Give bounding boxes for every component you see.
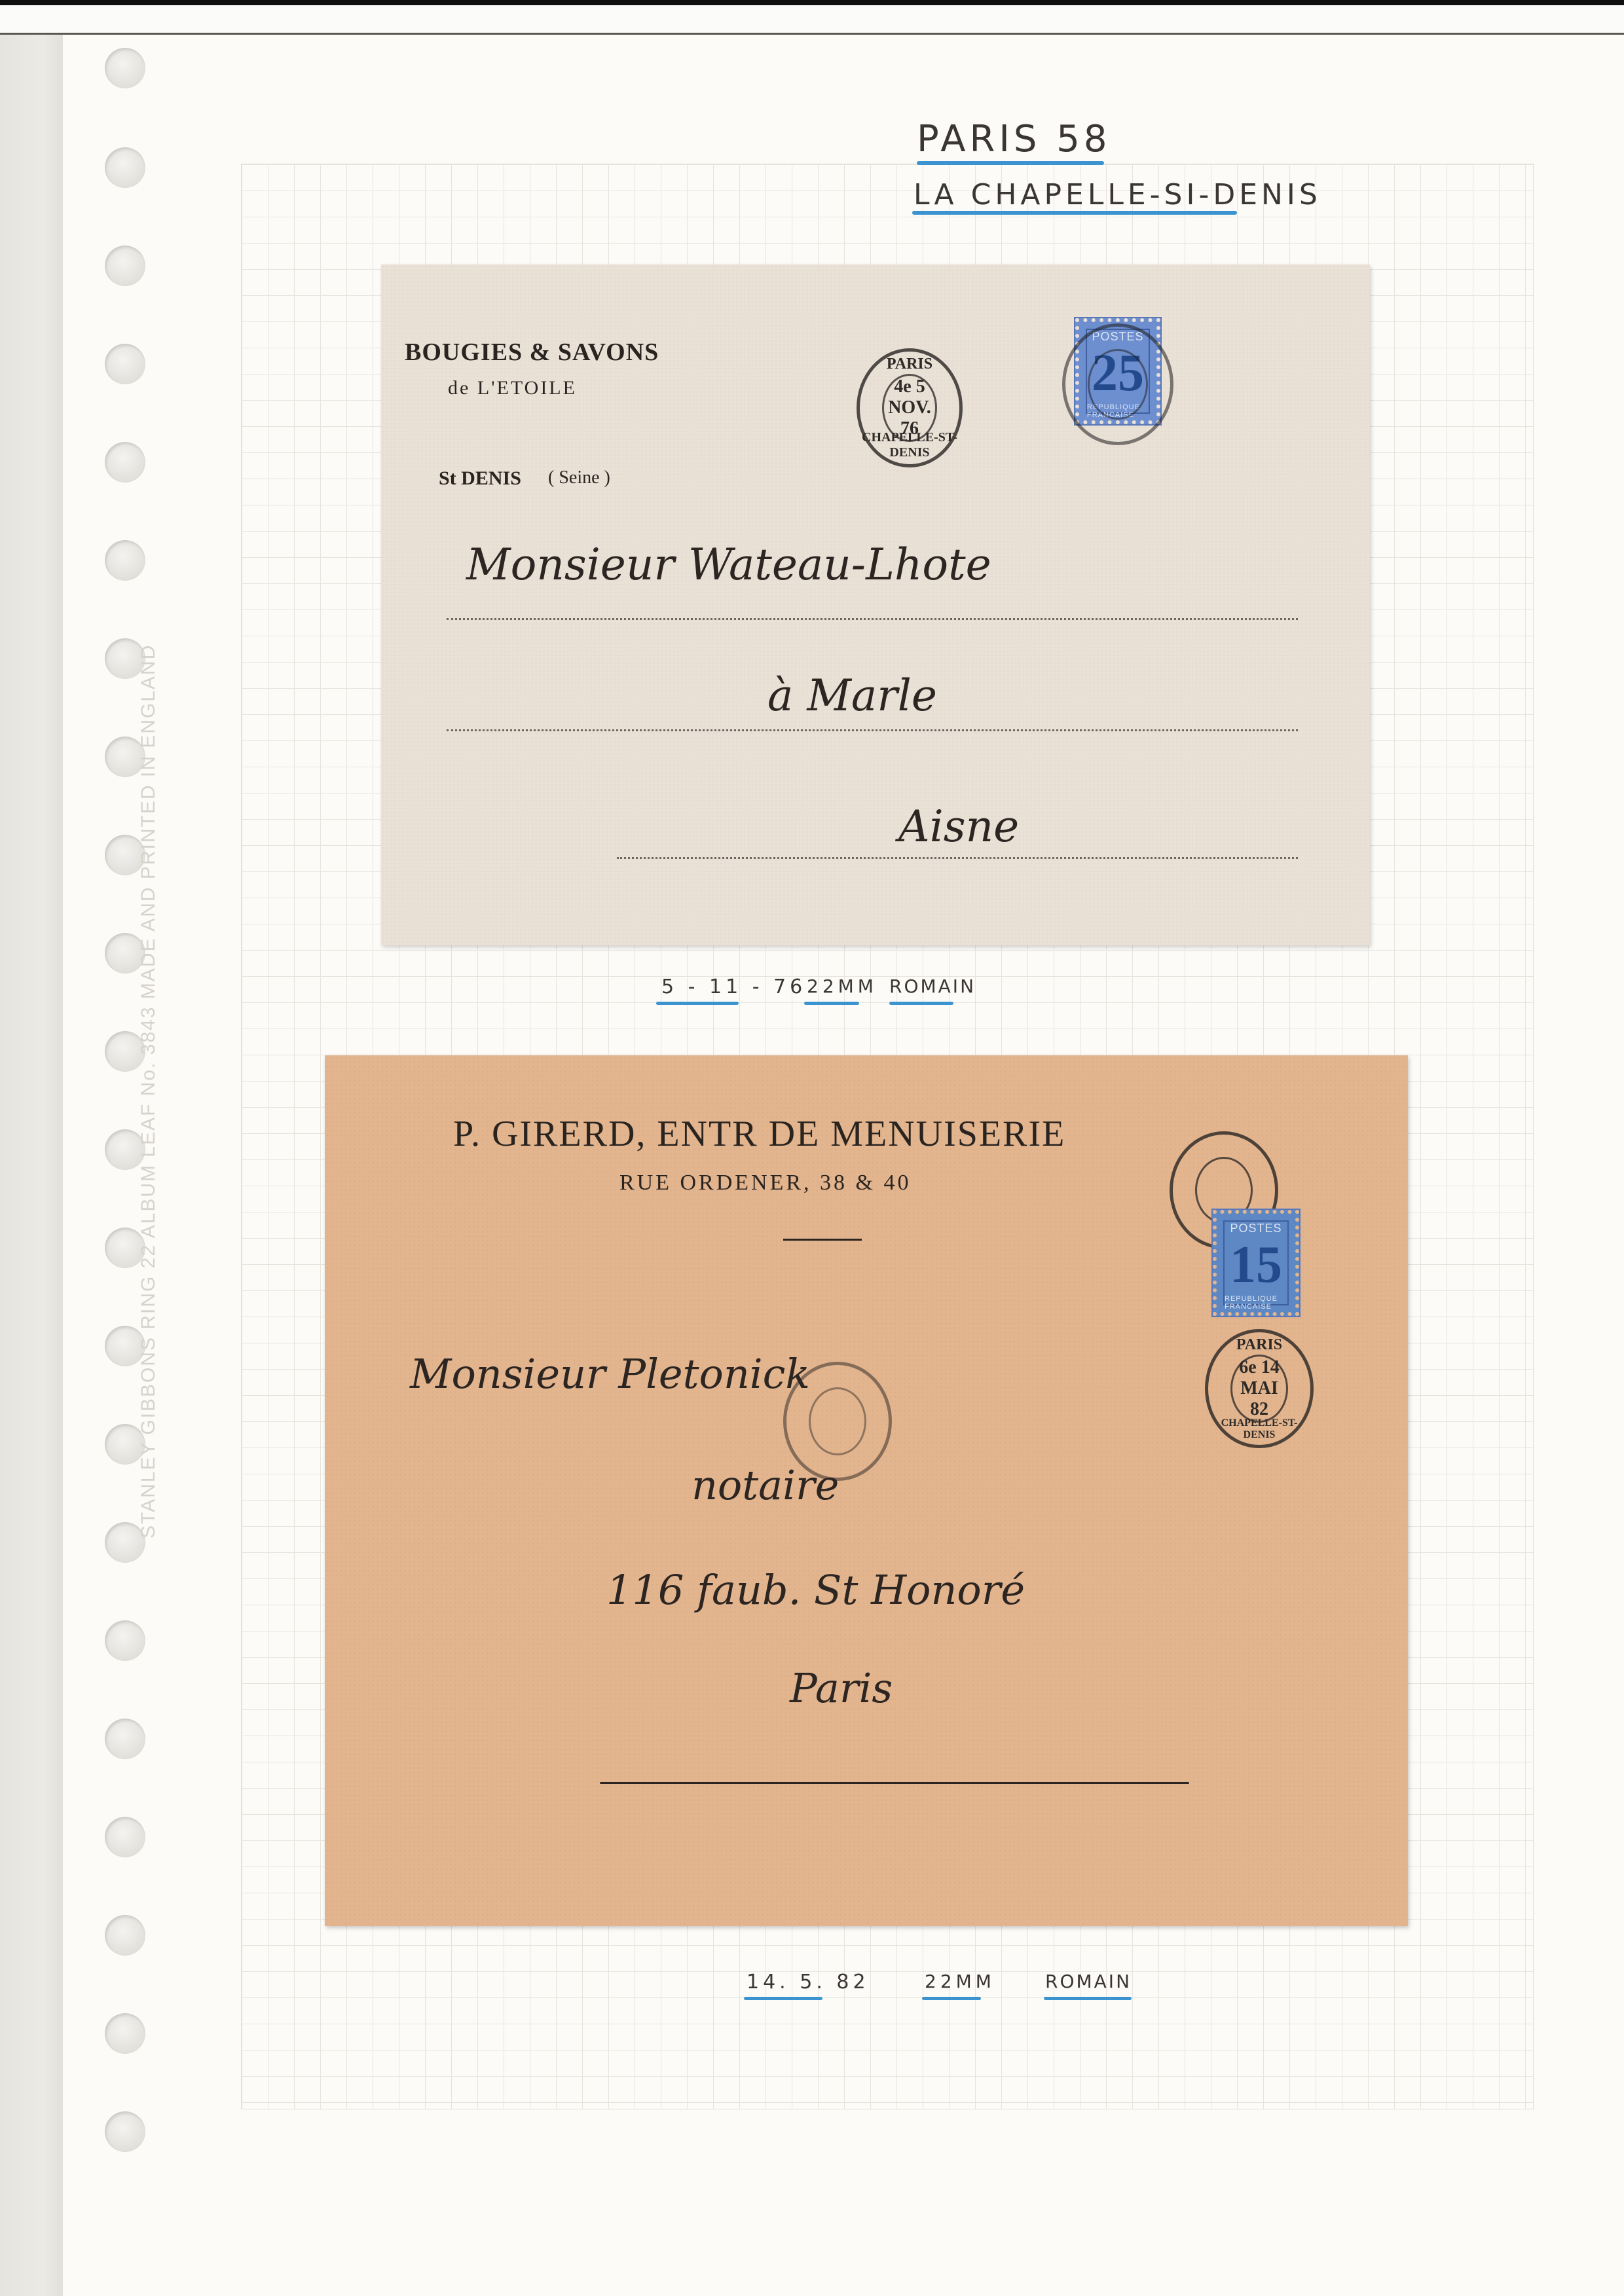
punch-hole	[105, 344, 145, 384]
scanner-strip	[0, 5, 1624, 35]
letterhead-line1: P. GIRERD, ENTR DE MENUISERIE	[453, 1113, 1065, 1155]
caption-underline	[889, 1002, 953, 1005]
scan-edge	[0, 0, 1624, 5]
caption-type: ROMAIN	[889, 975, 976, 997]
address-line-2: à Marle	[767, 670, 937, 721]
address-line-1: Monsieur Wateau-Lhote	[466, 539, 991, 590]
address-line-3: 116 faub. St Honoré	[606, 1566, 1025, 1614]
address-rule	[447, 618, 1298, 620]
postmark-cds: PARIS 6e 14MAI82 CHAPELLE-ST-DENIS	[1205, 1329, 1314, 1448]
caption-size: 22MM	[925, 1971, 995, 1992]
caption-underline	[804, 1002, 859, 1005]
page-subtitle: LA CHAPELLE-SI-DENIS	[913, 178, 1321, 211]
caption-date: 14. 5. 82	[747, 1971, 870, 1994]
binder-margin	[0, 35, 63, 2296]
caption-type: ROMAIN	[1045, 1971, 1132, 1992]
cover-2: P. GIRERD, ENTR DE MENUISERIE RUE ORDENE…	[325, 1055, 1408, 1926]
letterhead-line2: de L'ETOILE	[448, 377, 577, 399]
letterhead-dept: ( Seine )	[548, 467, 610, 488]
caption-size: 22MM	[807, 975, 877, 997]
punch-hole	[105, 147, 145, 188]
flourish-line	[600, 1782, 1189, 1784]
punch-hole	[105, 246, 145, 286]
address-rule	[447, 729, 1298, 731]
punch-hole	[105, 442, 145, 483]
postage-stamp: POSTES 15 REPUBLIQUE FRANCAISE	[1213, 1210, 1299, 1316]
address-rule	[617, 857, 1298, 859]
page-title: PARIS 58	[917, 118, 1111, 160]
punch-hole	[105, 2013, 145, 2054]
cover-1: BOUGIES & SAVONS de L'ETOILE St DENIS ( …	[381, 264, 1370, 945]
punch-hole	[105, 1817, 145, 1857]
leaf-imprint: STANLEY GIBBONS RING 22 ALBUM LEAF No. 3…	[138, 644, 160, 1539]
address-line-4: Paris	[790, 1664, 893, 1712]
letterhead-town: St DENIS	[439, 467, 521, 490]
ornament-rule	[783, 1239, 862, 1241]
address-line-1: Monsieur Pletonick	[410, 1350, 810, 1398]
punch-hole	[105, 540, 145, 581]
address-line-3: Aisne	[898, 801, 1019, 852]
caption-underline	[1044, 1997, 1132, 2000]
title-underline	[917, 161, 1104, 165]
caption-date: 5 - 11 - 76	[661, 975, 806, 998]
punch-hole	[105, 1719, 145, 1759]
punch-hole	[105, 2111, 145, 2152]
postmark-cds: PARIS 4e 5NOV.76 CHAPELLE-ST-DENIS	[857, 348, 963, 467]
subtitle-underline	[912, 211, 1237, 215]
punch-hole	[105, 48, 145, 88]
punch-hole	[105, 1620, 145, 1661]
address-line-2: notaire	[692, 1461, 839, 1509]
caption-underline	[656, 1002, 739, 1005]
punch-hole	[105, 1915, 145, 1956]
letterhead-line2: RUE ORDENER, 38 & 40	[619, 1171, 912, 1195]
letterhead-line1: BOUGIES & SAVONS	[405, 338, 659, 367]
caption-underline	[922, 1997, 981, 2000]
caption-underline	[744, 1997, 822, 2000]
postmark-on-stamp	[1062, 323, 1173, 445]
